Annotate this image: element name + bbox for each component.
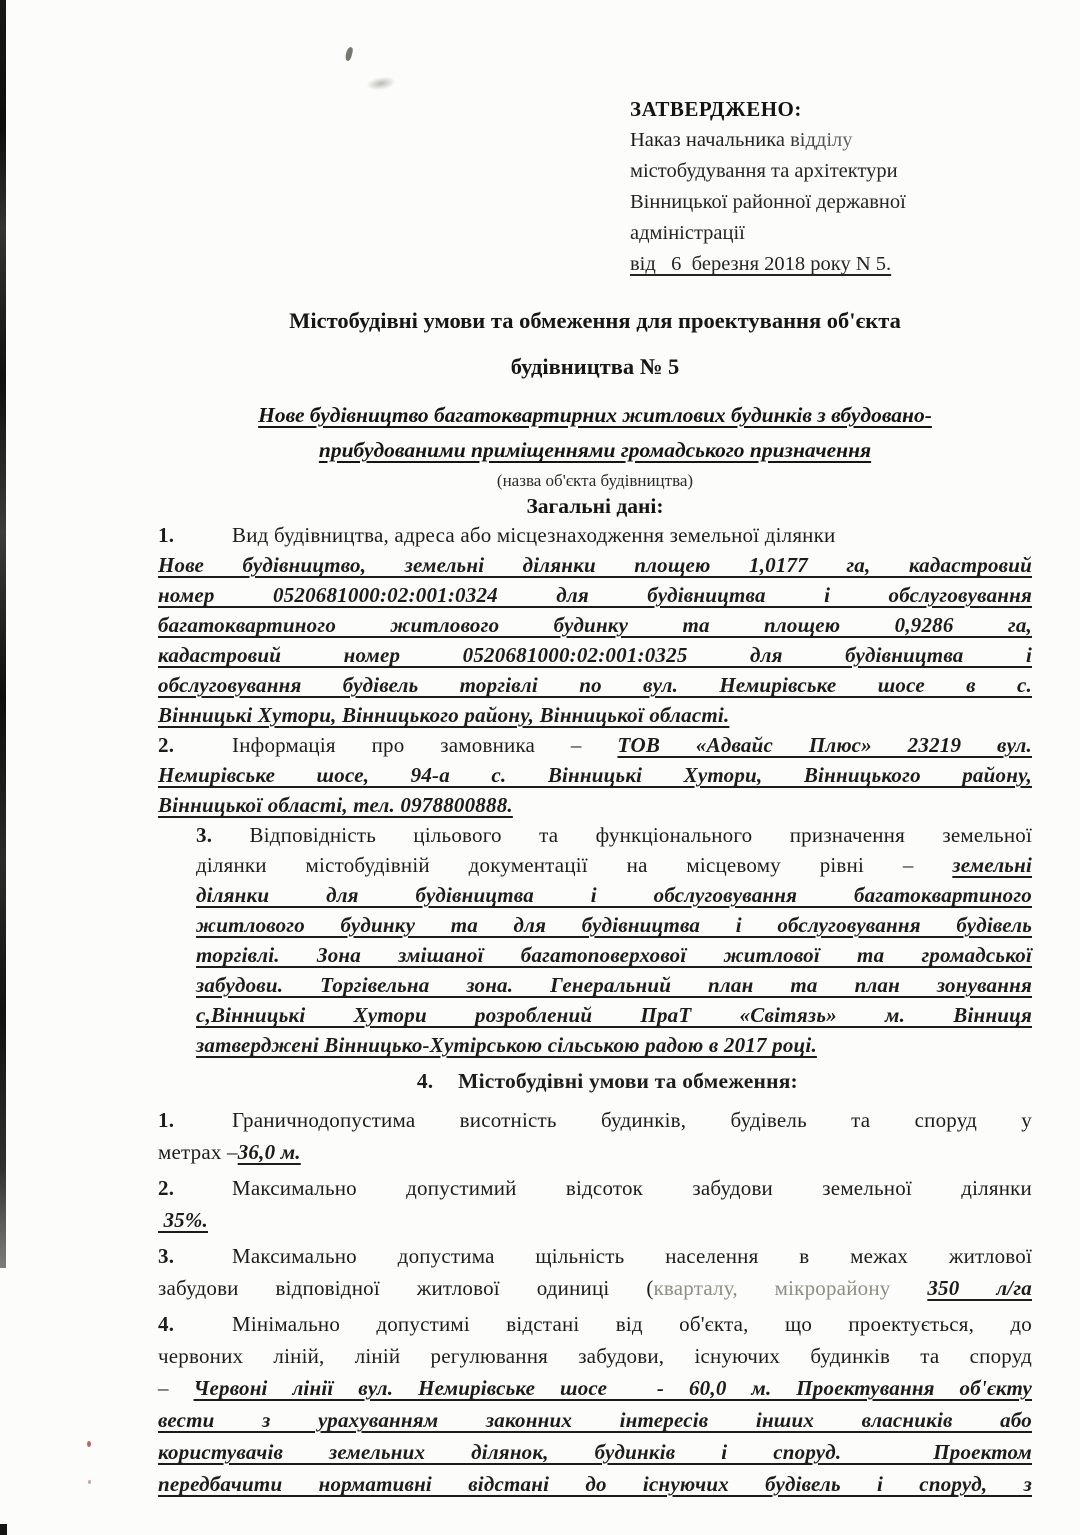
- text-run-v: Червоні лінії вул. Немирівське шосе - 60…: [194, 1376, 1032, 1400]
- text-line: Нове будівництво, земельні ділянки площе…: [158, 550, 1032, 580]
- text-run-v: житлового будинку та для будівництва і о…: [196, 913, 1032, 937]
- text-run-v: номер 0520681000:02:001:0324 для будівни…: [158, 583, 1032, 607]
- text-run-n: Вид будівництва, адреса або місцезнаходж…: [232, 523, 835, 547]
- text-line: 1.Вид будівництва, адреса або місцезнахо…: [158, 520, 1032, 550]
- text-run-v: користувачів земельних ділянок, будинків…: [158, 1440, 1032, 1464]
- text-line: 3.Максимально допустима щільність населе…: [158, 1240, 1032, 1272]
- text-run-n: [890, 1276, 927, 1300]
- approval-order-line: Наказ начальника відділу: [630, 125, 1032, 156]
- document-body: 1.Вид будівництва, адреса або місцезнахо…: [158, 520, 1032, 1500]
- text-run-v: передбачити нормативні відстані до існую…: [158, 1472, 1032, 1496]
- text-run-num: 2.: [158, 730, 232, 760]
- approval-order-line: адміністрації: [630, 218, 1032, 249]
- text-run-num: 2.: [158, 1172, 232, 1204]
- text-run-v: кадастровий номер 0520681000:02:001:0325…: [158, 643, 1032, 667]
- text-line: 2.Максимально допустимий відсоток забудо…: [158, 1172, 1032, 1204]
- condition-item-3: 3.Максимально допустима щільність населе…: [158, 1240, 1032, 1304]
- scan-speck: [87, 1441, 91, 1447]
- text-run-n: Інформація про замовника –: [232, 733, 617, 757]
- scan-speck: [88, 1480, 91, 1484]
- text-run-v: ТОВ «Адвайс Плюс» 23219 вул.: [617, 733, 1032, 757]
- text-run-v: обслуговування будівель торгівлі по вул.…: [158, 673, 1032, 697]
- text-line: 3. Відповідність цільового та функціонал…: [196, 820, 1032, 850]
- general-item-2: 2.Інформація про замовника – ТОВ «Адвайс…: [158, 730, 1032, 820]
- text-line: ділянки містобудівній документації на мі…: [196, 850, 1032, 880]
- approval-order-line: містобудування та архітектури: [630, 156, 1032, 187]
- text-run-n: –: [158, 1376, 194, 1400]
- object-name-line-2: прибудованими приміщеннями громадського …: [158, 433, 1032, 468]
- scanner-corner-artifact: [0, 1524, 7, 1535]
- approval-block: ЗАТВЕРДЖЕНО: Наказ начальника відділу мі…: [630, 94, 1032, 280]
- approval-order-line: Вінницької районної державної: [630, 187, 1032, 218]
- text-line: Вінницькі Хутори, Вінницького району, Ві…: [158, 700, 1032, 730]
- text-run-v: вести з урахуванням законних інтересів і…: [158, 1408, 1032, 1432]
- text-run-v: 350 л/га: [927, 1276, 1032, 1300]
- text-line: вести з урахуванням законних інтересів і…: [158, 1404, 1032, 1436]
- text-run-v: Вінницької області, тел. 0978800888.: [158, 793, 513, 817]
- text-run-n: червоних ліній, ліній регулювання забудо…: [158, 1344, 1032, 1368]
- text-run-v: 36,0 м.: [238, 1140, 301, 1164]
- text-line: користувачів земельних ділянок, будинків…: [158, 1436, 1032, 1468]
- text-line: червоних ліній, ліній регулювання забудо…: [158, 1340, 1032, 1372]
- text-run-n: Максимально допустима щільність населенн…: [232, 1244, 1032, 1268]
- text-line: – Червоні лінії вул. Немирівське шосе - …: [158, 1372, 1032, 1404]
- text-line: житлового будинку та для будівництва і о…: [196, 910, 1032, 940]
- text-run-v: земельні: [952, 853, 1032, 877]
- text-run-n: Максимально допустимий відсоток забудови…: [232, 1176, 1032, 1200]
- text-line: затверджені Вінницько-Хутірською сільськ…: [196, 1030, 1032, 1060]
- text-run-n: Відповідність цільового та функціонально…: [212, 823, 1032, 847]
- text-line: Вінницької області, тел. 0978800888.: [158, 790, 1032, 820]
- text-line: 35%.: [158, 1204, 1032, 1236]
- object-name: Нове будівництво багатоквартирних житлов…: [158, 398, 1032, 468]
- title-line-1: Містобудівні умови та обмеження для прое…: [158, 298, 1032, 344]
- text-run-hnum: 4.: [392, 1062, 458, 1100]
- object-name-text: Нове будівництво багатоквартирних житлов…: [258, 403, 932, 427]
- text-run-v: ділянки для будівництва і обслуговування…: [196, 883, 1032, 907]
- scanned-document-page: ЗАТВЕРДЖЕНО: Наказ начальника відділу мі…: [0, 0, 1080, 1535]
- text-run-n: Граничнодопустима висотність будинків, б…: [232, 1108, 1032, 1132]
- general-item-1: 1.Вид будівництва, адреса або місцезнахо…: [158, 520, 1032, 730]
- text-run-v: затверджені Вінницько-Хутірською сільськ…: [196, 1033, 817, 1057]
- object-name-text: прибудованими приміщеннями громадського …: [319, 438, 871, 462]
- approval-date-line: від 6 березня 2018 року N 5.: [630, 249, 1032, 280]
- scanner-edge-artifact: [0, 0, 6, 1268]
- text-run-n: ділянки містобудівній документації на мі…: [196, 853, 952, 877]
- text-run-nb: 3.: [196, 823, 212, 847]
- text-run-num: 1.: [158, 1104, 232, 1136]
- text-run-v: Немирівське шосе, 94-а с. Вінницькі Хуто…: [158, 763, 1032, 787]
- general-data-heading: Загальні дані:: [158, 492, 1032, 520]
- text-run-v: забудови. Торгівельна зона. Генеральний …: [196, 973, 1032, 997]
- text-line: торгівлі. Зона змішаної багатоповерхової…: [196, 940, 1032, 970]
- text-line: 4.Містобудівні умови та обмеження:: [158, 1062, 1032, 1100]
- text-run-v: багатоквартиного житлового будинку та пл…: [158, 613, 1032, 637]
- title-line-2: будівництва № 5: [158, 344, 1032, 390]
- text-line: 1.Граничнодопустима висотність будинків,…: [158, 1104, 1032, 1136]
- text-line: 4.Мінімально допустимі відстані від об'є…: [158, 1308, 1032, 1340]
- text-run-v: торгівлі. Зона змішаної багатоповерхової…: [196, 943, 1032, 967]
- text-run-v: Нове будівництво, земельні ділянки площе…: [158, 553, 1032, 577]
- text-line: забудови. Торгівельна зона. Генеральний …: [196, 970, 1032, 1000]
- object-name-line-1: Нове будівництво багатоквартирних житлов…: [158, 398, 1032, 433]
- document-title: Містобудівні умови та обмеження для прое…: [158, 298, 1032, 390]
- condition-item-4: 4.Мінімально допустимі відстані від об'є…: [158, 1308, 1032, 1500]
- approved-label: ЗАТВЕРДЖЕНО:: [630, 94, 1032, 125]
- text-line: ділянки для будівництва і обслуговування…: [196, 880, 1032, 910]
- text-line: с,Вінницькі Хутори розроблений ПраТ «Сві…: [196, 1000, 1032, 1030]
- text-run-v: Вінницькі Хутори, Вінницького району, Ві…: [158, 703, 729, 727]
- text-line: метрах –36,0 м.: [158, 1136, 1032, 1168]
- text-run-hb: Містобудівні умови та обмеження:: [458, 1069, 798, 1093]
- text-line: обслуговування будівель торгівлі по вул.…: [158, 670, 1032, 700]
- document-content: ЗАТВЕРДЖЕНО: Наказ начальника відділу мі…: [158, 0, 1032, 1500]
- text-run-n: забудови відповідної житлової одиниці (: [158, 1276, 654, 1300]
- text-run-num: 1.: [158, 520, 232, 550]
- text-run-n: Мінімально допустимі відстані від об'єкт…: [232, 1312, 1032, 1336]
- condition-item-2: 2.Максимально допустимий відсоток забудо…: [158, 1172, 1032, 1236]
- text-line: Немирівське шосе, 94-а с. Вінницькі Хуто…: [158, 760, 1032, 790]
- text-run-n: метрах –: [158, 1140, 238, 1164]
- text-run-num: 4.: [158, 1308, 232, 1340]
- condition-item-1: 1.Граничнодопустима висотність будинків,…: [158, 1104, 1032, 1168]
- text-run-num: 3.: [158, 1240, 232, 1272]
- text-run-v: 35%.: [158, 1208, 208, 1232]
- text-line: забудови відповідної житлової одиниці (к…: [158, 1272, 1032, 1304]
- text-line: номер 0520681000:02:001:0324 для будівни…: [158, 580, 1032, 610]
- text-line: 2.Інформація про замовника – ТОВ «Адвайс…: [158, 730, 1032, 760]
- general-item-3: 3. Відповідність цільового та функціонал…: [196, 820, 1032, 1060]
- text-line: багатоквартиного житлового будинку та пл…: [158, 610, 1032, 640]
- section-heading: 4.Містобудівні умови та обмеження:: [158, 1062, 1032, 1100]
- object-name-caption: (назва об'єкта будівництва): [158, 470, 1032, 492]
- text-line: передбачити нормативні відстані до існую…: [158, 1468, 1032, 1500]
- text-line: кадастровий номер 0520681000:02:001:0325…: [158, 640, 1032, 670]
- text-run-v: с,Вінницькі Хутори розроблений ПраТ «Сві…: [196, 1003, 1032, 1027]
- text-run-f: кварталу, мікрорайону: [654, 1276, 891, 1300]
